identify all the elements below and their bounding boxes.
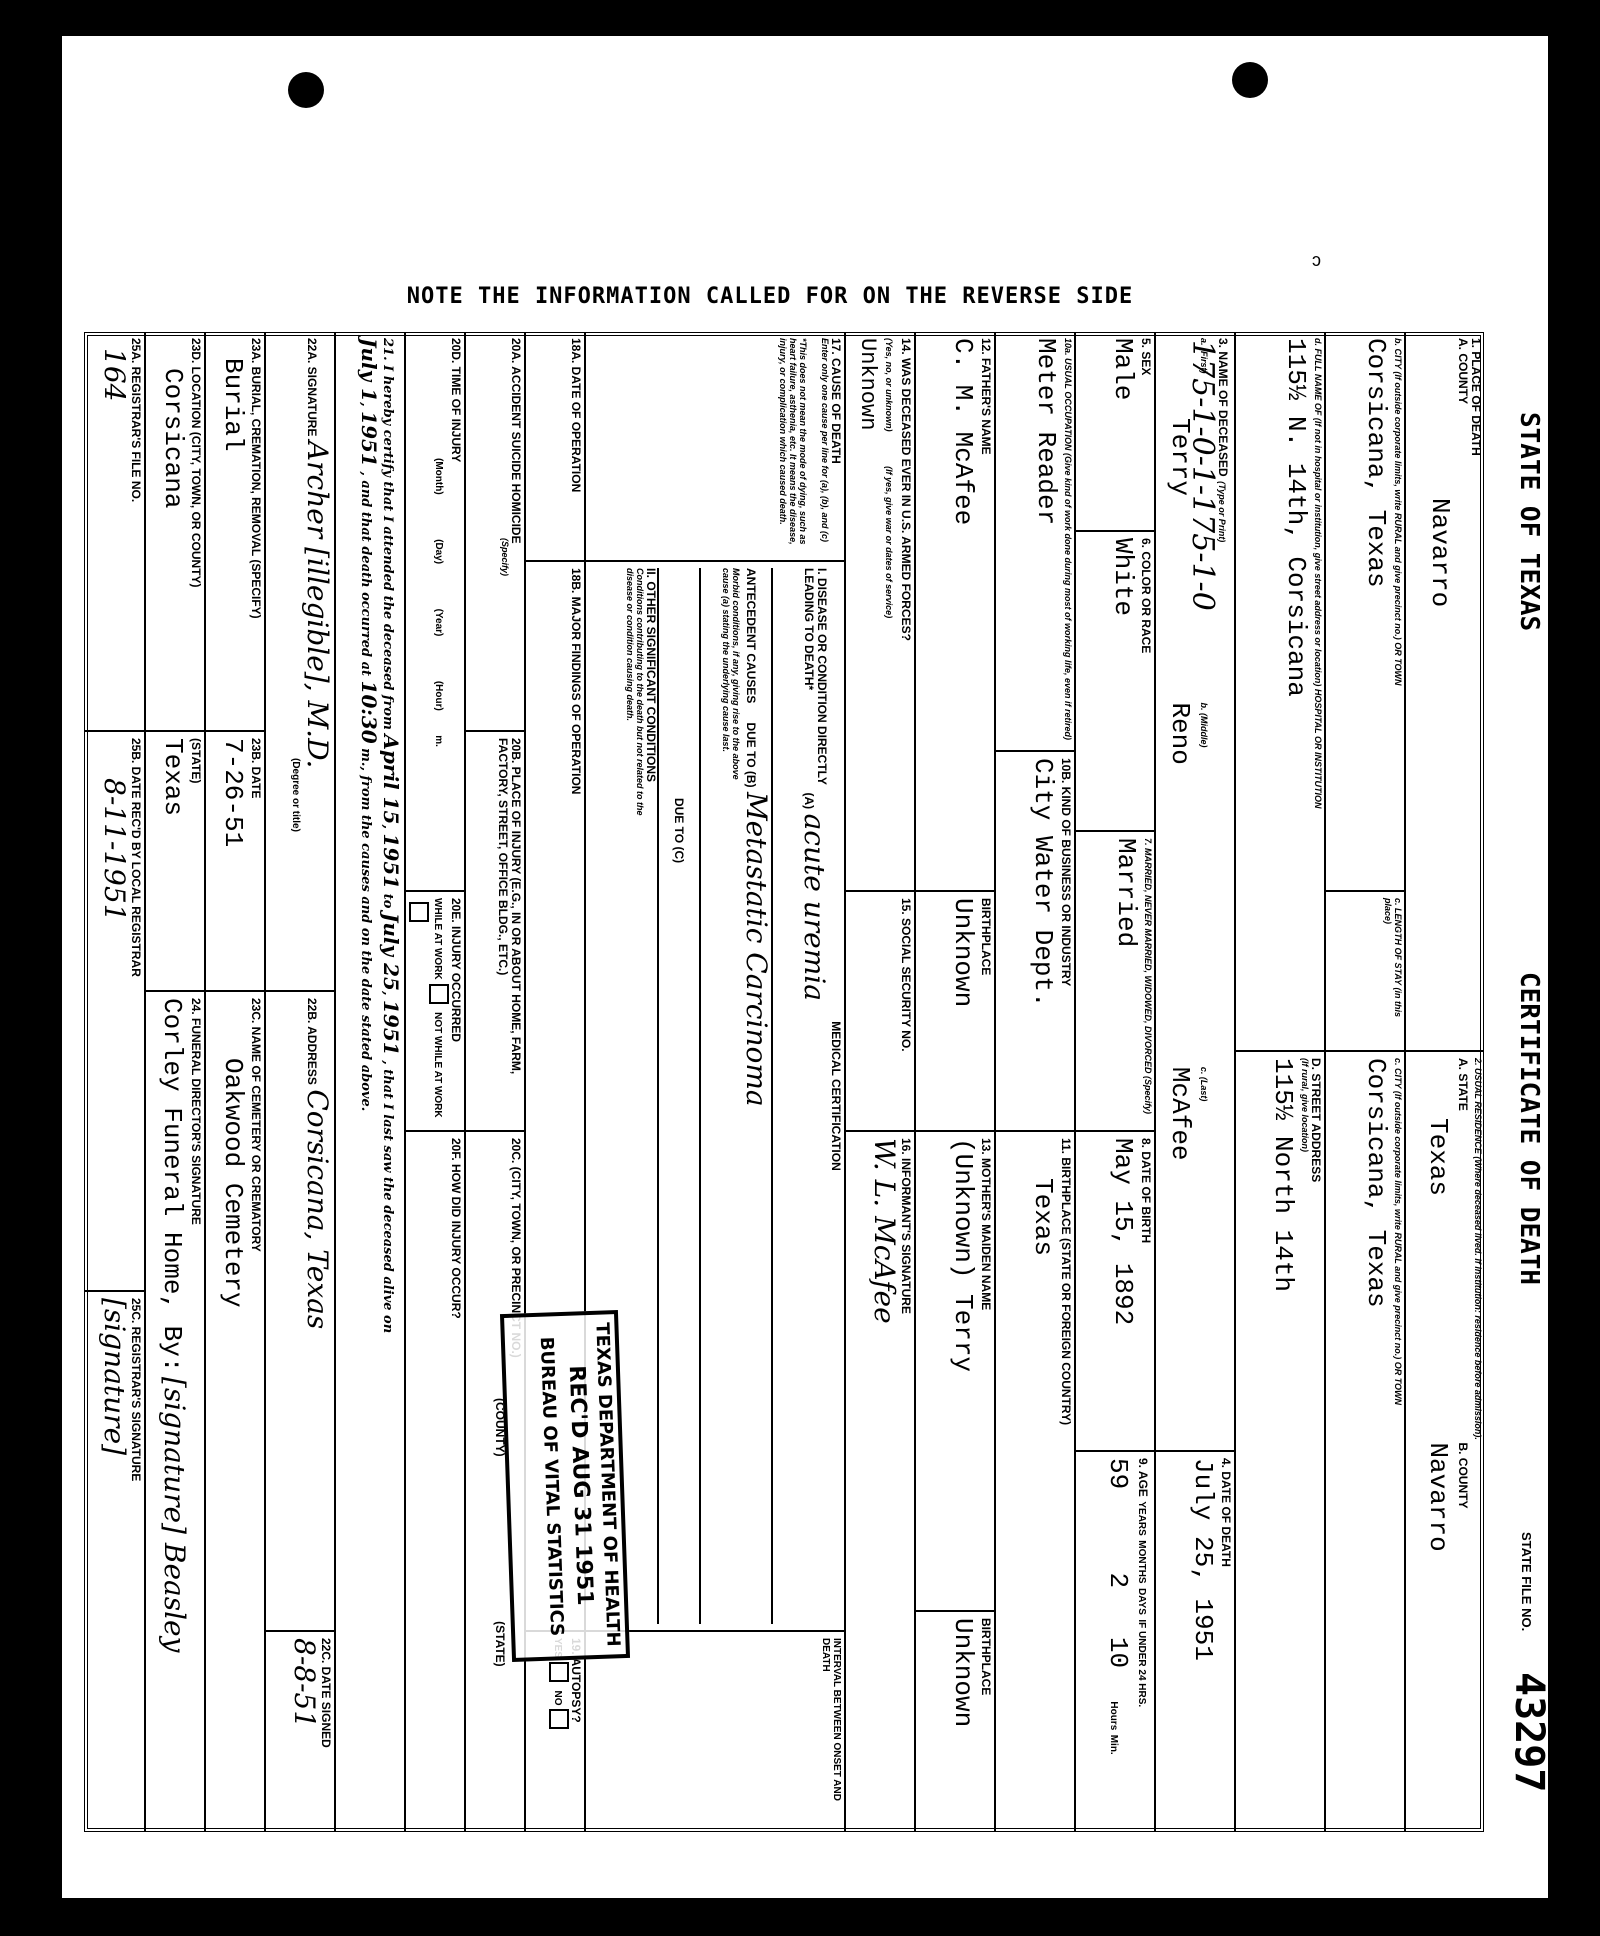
row-demographics: 5. SEX Male 6. COLOR OR RACE White 7. MA… [1074, 332, 1154, 1832]
funeral-director-signature: [signature] Beasley [158, 1377, 191, 1653]
state-file-label: STATE FILE NO. [1519, 1532, 1534, 1631]
date-signed-value: 8-8-51 [288, 1638, 319, 1826]
father-value: C. M. McAfee [948, 338, 977, 884]
marital-value: Married [1112, 838, 1141, 1124]
mother-birthplace-value: Unknown [948, 1618, 977, 1826]
residence-county-field: 2. USUAL RESIDENCE (Where deceased lived… [1406, 1052, 1484, 1832]
while-at-work-checkbox[interactable] [429, 984, 449, 1004]
race-field: 6. COLOR OR RACE White [1076, 532, 1154, 832]
punch-hole [1232, 62, 1268, 98]
ssn-field: 15. SOCIAL SECURITY NO. [846, 892, 914, 1132]
occupation-field: 10a. USUAL OCCUPATION (Give kind of work… [996, 332, 1074, 752]
race-value: White [1108, 538, 1137, 824]
registrar-file-value: 164 [98, 338, 129, 724]
marital-field: 7. MARRIED, NEVER MARRIED, WIDOWED, DIVO… [1076, 832, 1154, 1132]
death-county-field: 1. PLACE OF DEATH a. COUNTY Navarro [1406, 332, 1484, 1052]
operation-date-field: 18a. DATE OF OPERATION [526, 332, 584, 562]
father-birthplace-value: Unknown [948, 898, 977, 1124]
residence-county-value: Navarro [1423, 1442, 1453, 1551]
birthplace-field: 11. BIRTHPLACE (State or foreign country… [996, 1132, 1074, 1832]
bureau-title: BUREAU OF VITAL STATISTICS [1580, 972, 1600, 1405]
dob-value: May 15, 1892 [1108, 1138, 1137, 1444]
punch-hole [288, 72, 324, 108]
name-field: 3. NAME OF DECEASED (Type or Print) a. (… [1156, 332, 1234, 1452]
row-informant: 14. WAS DECEASED EVER IN U.S. ARMED FORC… [844, 332, 914, 1832]
mother-value: (Unknown) Terry [948, 1138, 977, 1604]
sex-value: Male [1108, 338, 1137, 524]
last-name-value: McAfee [1165, 1067, 1195, 1161]
date-of-death-value: July 25, 1951 [1188, 1458, 1217, 1826]
age-years-value: 59 [1103, 1458, 1132, 1568]
death-city-value: Corsicana, Texas [1362, 338, 1391, 884]
row-registrar: 25a. REGISTRAR'S FILE NO. 164 25b. DATE … [84, 332, 144, 1832]
hospital-value: 115½ N. 14th, Corsicana [1282, 338, 1311, 1044]
informant-signature: W. L. McAfee [868, 1138, 899, 1826]
row-signature: 22a. SIGNATURE Archer [illegible], M.D. … [264, 332, 334, 1832]
street-address-value: 115½ North 14th [1268, 1058, 1297, 1826]
registrar-date-value: 8-11-1951 [98, 738, 129, 1284]
date-of-death-field: 4. DATE OF DEATH July 25, 1951 [1156, 1452, 1234, 1832]
informant-field: 16. INFORMANT'S SIGNATURE W. L. McAfee [846, 1132, 914, 1832]
burial-date-value: 7-26-51 [218, 738, 247, 984]
registrar-date-field: 25b. DATE REC'D BY LOCAL REGISTRAR 8-11-… [84, 732, 144, 1292]
corner-mark: ↄ [1312, 250, 1321, 271]
autopsy-yes-checkbox[interactable] [549, 1662, 569, 1682]
length-of-stay-field: c. LENGTH OF STAY (in this place) [1326, 892, 1404, 1052]
funeral-director-field: 24. FUNERAL DIRECTOR'S SIGNATURE Corley … [146, 992, 204, 1832]
physician-address: Corsicana, Texas [301, 1089, 334, 1329]
residence-city-value: Corsicana, Texas [1362, 1058, 1391, 1826]
row-burial: 23a. BURIAL, CREMATION, REMOVAL (Specify… [204, 332, 264, 1832]
burial-state-value: Texas [158, 738, 187, 984]
registrar-signature: [signature] [98, 1298, 129, 1826]
street-address-field: d. STREET ADDRESS (If rural, give locati… [1236, 1052, 1324, 1832]
not-while-at-work-checkbox[interactable] [409, 902, 429, 922]
age-days-value: 10 [1103, 1637, 1132, 1697]
received-stamp: TEXAS DEPARTMENT OF HEALTH REC'D AUG 31 … [500, 1310, 630, 1662]
burial-location-field: 23d. LOCATION (City, town, or county) Co… [146, 332, 204, 732]
row-occupation: 10a. USUAL OCCUPATION (Give kind of work… [994, 332, 1074, 1832]
certificate-header: STATE OF TEXAS TEXAS DEPARTMENT OF HEALT… [1494, 332, 1600, 1832]
date-signed-field: 22c. DATE SIGNED 8-8-51 [266, 1632, 334, 1832]
row-location: 23d. LOCATION (City, town, or county) Co… [144, 332, 204, 1832]
certification-statement: 21. I hereby certify that I attended the… [336, 332, 404, 1832]
state-title: STATE OF TEXAS [1514, 412, 1544, 631]
industry-value: City Water Dept. [1028, 758, 1057, 1124]
mother-field: 13. MOTHER'S MAIDEN NAME (Unknown) Terry [916, 1132, 994, 1612]
father-birthplace-field: BIRTHPLACE Unknown [916, 892, 994, 1132]
how-injury-field: 20f. HOW DID INJURY OCCUR? [406, 1132, 464, 1832]
age-months-value: 2 [1103, 1572, 1132, 1632]
registrar-file-field: 25a. REGISTRAR'S FILE NO. 164 [84, 332, 144, 732]
dob-field: 8. DATE OF BIRTH May 15, 1892 [1076, 1132, 1154, 1452]
registrar-signature-field: 25c. REGISTRAR'S SIGNATURE [signature] [84, 1292, 144, 1832]
death-certificate-form: STATE OF TEXAS TEXAS DEPARTMENT OF HEALT… [84, 332, 1484, 1832]
interval-field: INTERVAL BETWEEN ONSET AND DEATH [586, 1632, 844, 1832]
row-county: 1. PLACE OF DEATH a. COUNTY Navarro 2. U… [1404, 332, 1484, 1832]
row-parents: 12. FATHER'S NAME C. M. McAfee BIRTHPLAC… [914, 332, 994, 1832]
autopsy-no-checkbox[interactable] [549, 1709, 569, 1729]
row-certification: 21. I hereby certify that I attended the… [334, 332, 404, 1832]
age-field: 9. AGE YEARS MONTHS DAYS IF UNDER 24 HRS… [1076, 1452, 1154, 1832]
mother-birthplace-field: BIRTHPLACE Unknown [916, 1612, 994, 1832]
first-name-value: Terry [1165, 338, 1194, 698]
hospital-field: d. FULL NAME OF (If not in hospital or i… [1236, 332, 1324, 1052]
cause-b-value: Metastatic Carcinoma [740, 792, 773, 1107]
cause-of-death-label-cell: 17. CAUSE OF DEATH Enter only one cause … [586, 332, 844, 562]
burial-date-field: 23b. DATE 7-26-51 [206, 732, 264, 992]
residence-state-value: Texas [1424, 1058, 1453, 1438]
armed-forces-field: 14. WAS DECEASED EVER IN U.S. ARMED FORC… [846, 332, 914, 892]
burial-state-field: (State) Texas [146, 732, 204, 992]
cemetery-value: Oakwood Cemetery [218, 998, 247, 1826]
burial-location-value: Corsicana [158, 338, 187, 724]
physician-signature: Archer [illegible], M.D. [301, 441, 334, 769]
state-file-number: 43297 [1506, 1672, 1552, 1792]
autopsy-field: 19. AUTOPSY? YES NO [526, 1632, 584, 1832]
birthplace-value: Texas [1028, 1138, 1057, 1826]
industry-field: 10b. KIND OF BUSINESS OR INDUSTRY City W… [996, 752, 1074, 1132]
cemetery-field: 23c. NAME OF CEMETERY OR CREMATORY Oakwo… [206, 992, 264, 1832]
disposition-value: Burial [218, 338, 247, 724]
accident-field: 20a. ACCIDENT SUICIDE HOMICIDE (Specify) [466, 332, 524, 732]
bureau-annotation: 1998. 17 [1586, 1502, 1600, 1609]
father-field: 12. FATHER'S NAME C. M. McAfee [916, 332, 994, 892]
place-of-injury-field: 20b. PLACE OF INJURY (e.g., in or about … [466, 732, 524, 1132]
physician-signature-field: 22a. SIGNATURE Archer [illegible], M.D. … [266, 332, 334, 992]
residence-city-field: c. CITY (If outside corporate limits, wr… [1326, 1052, 1404, 1832]
row-injury-time: 20d. TIME OF INJURY (Month) (Day) (Year)… [404, 332, 464, 1832]
row-city: b. CITY (If outside corporate limits, wr… [1324, 332, 1404, 1832]
occupation-value: Meter Reader [1032, 338, 1061, 744]
row-name: 3. NAME OF DECEASED (Type or Print) a. (… [1154, 332, 1234, 1832]
sex-field: 5. SEX Male [1076, 332, 1154, 532]
injury-occurred-field: 20e. INJURY OCCURRED WHILE AT WORK NOT W… [406, 892, 464, 1132]
funeral-director-value: Corley Funeral Home, By: [157, 998, 187, 1372]
death-city-field: b. CITY (If outside corporate limits, wr… [1326, 332, 1404, 892]
time-of-injury-field: 20d. TIME OF INJURY (Month) (Day) (Year)… [406, 332, 464, 892]
death-county-value: Navarro [1425, 338, 1454, 1044]
armed-forces-value: Unknown [855, 338, 879, 884]
row-address: d. FULL NAME OF (If not in hospital or i… [1234, 332, 1324, 1832]
cause-a-value: acute uremia [798, 814, 831, 1001]
certificate-title: CERTIFICATE OF DEATH [1514, 972, 1544, 1285]
disposition-field: 23a. BURIAL, CREMATION, REMOVAL (Specify… [206, 332, 264, 732]
reverse-side-note: NOTE THE INFORMATION CALLED FOR ON THE R… [270, 284, 1270, 309]
cause-of-death-lines: MEDICAL CERTIFICATION I. DISEASE OR COND… [586, 562, 844, 1632]
middle-name-value: Reno [1165, 702, 1194, 1062]
physician-address-field: 22b. ADDRESS Corsicana, Texas [266, 992, 334, 1632]
